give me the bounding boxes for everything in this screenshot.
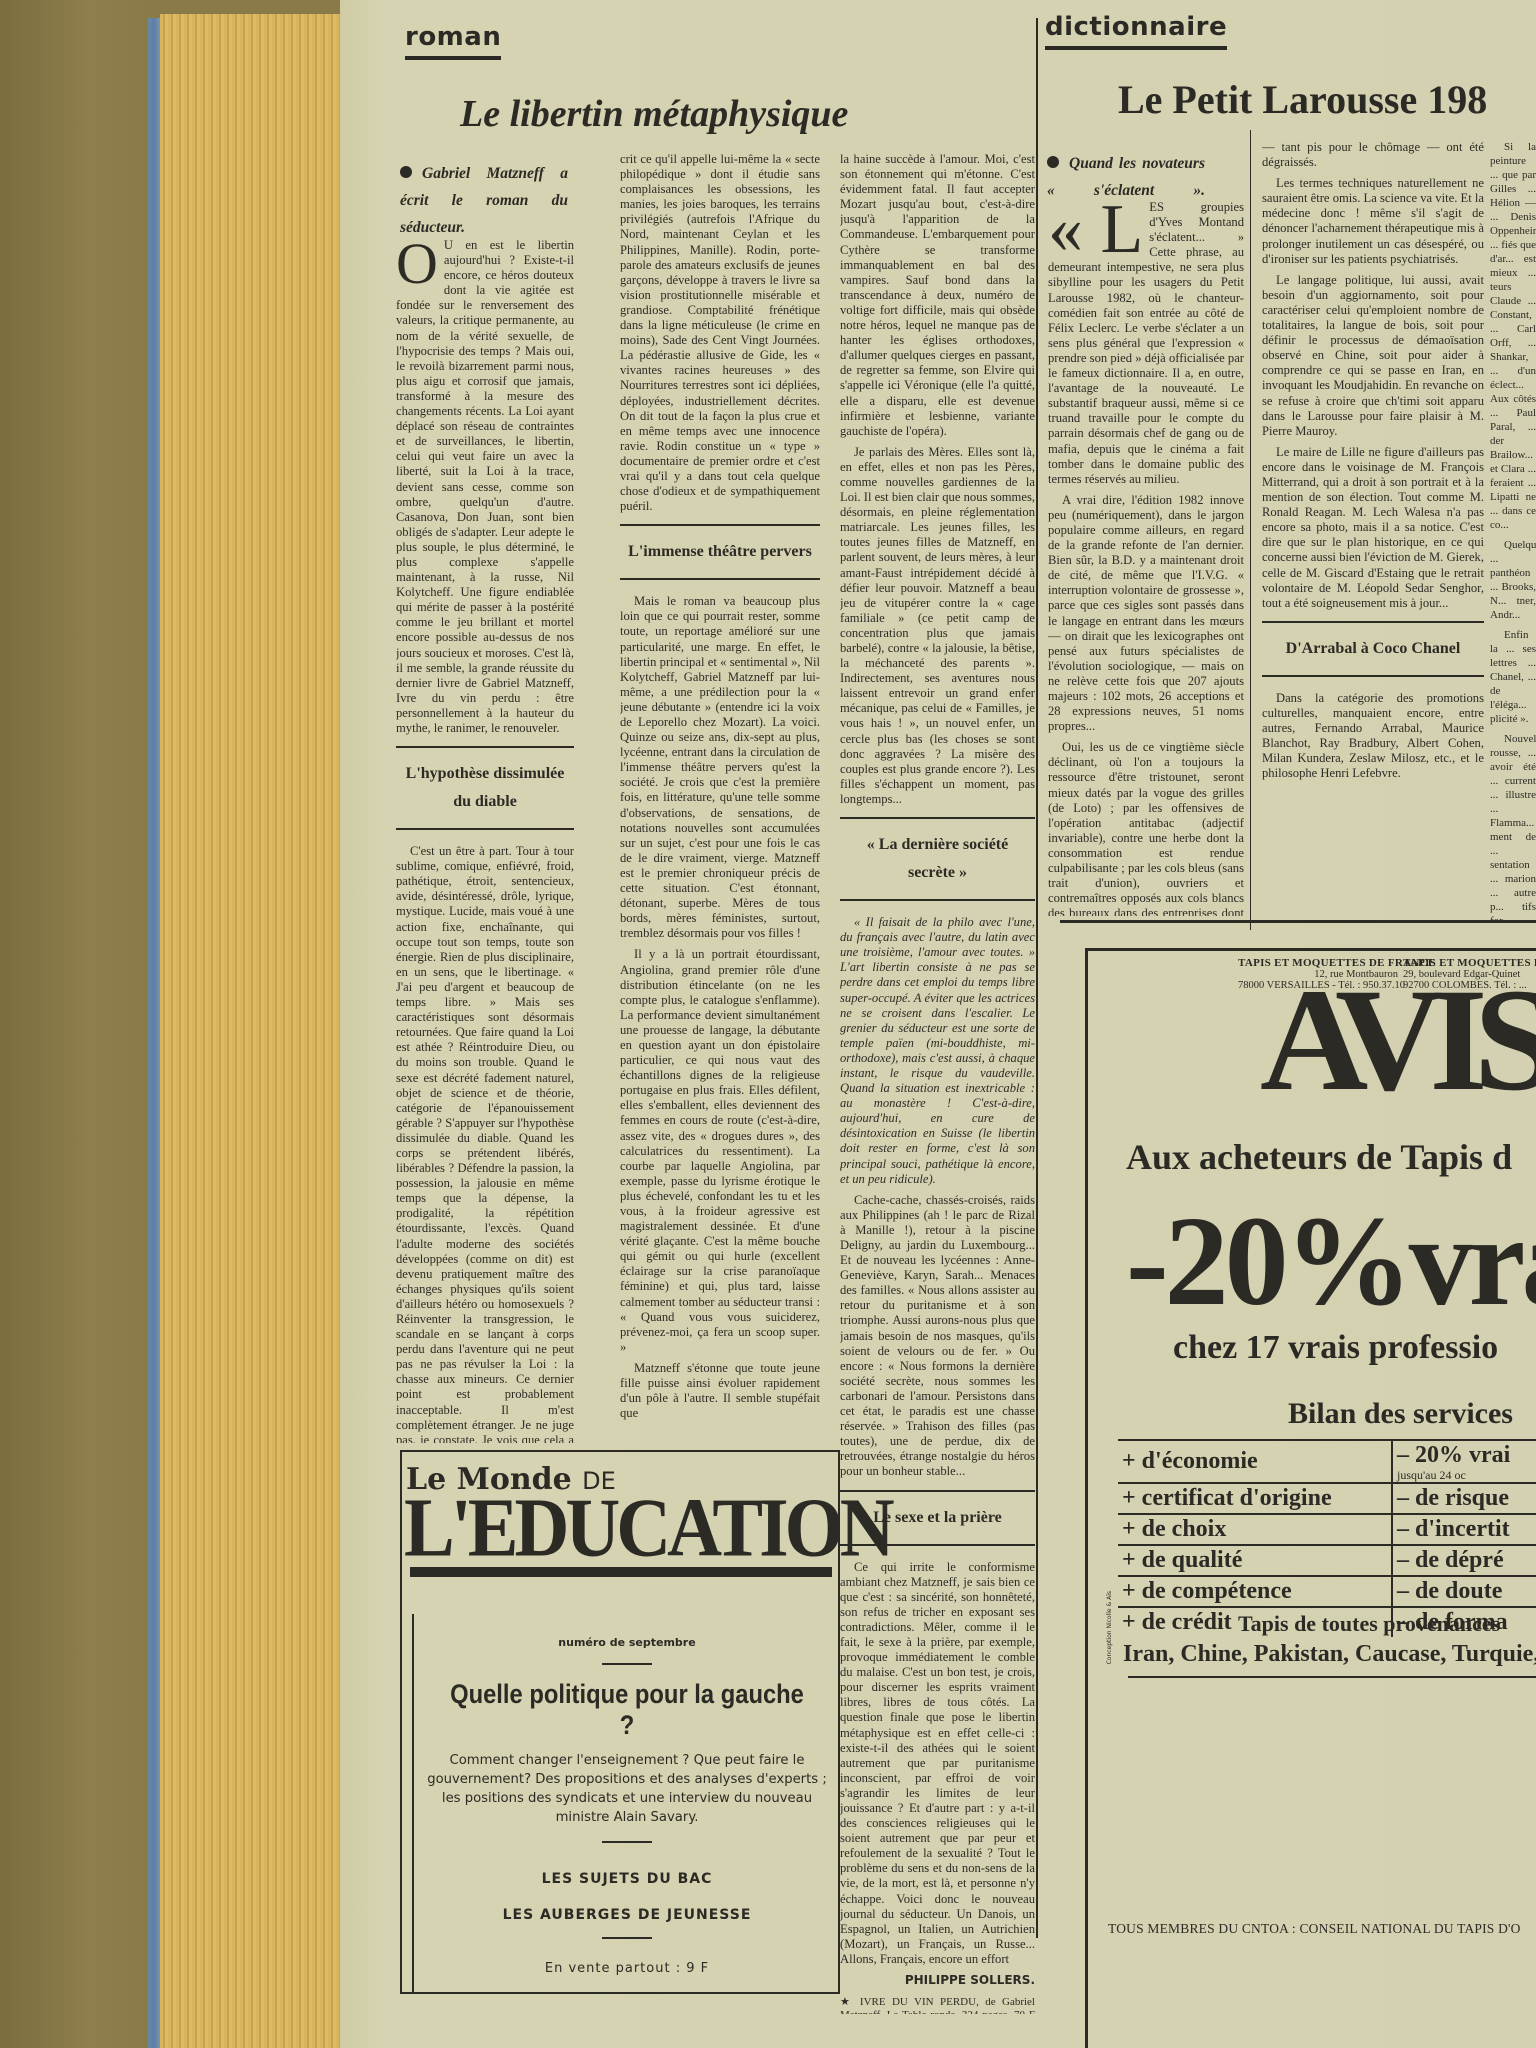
paragraph: U en est le libertin aujourd'hui ? Exist…: [396, 238, 574, 736]
services-table: + d'économie– 20% vraijusqu'au 24 oc+ ce…: [1118, 1439, 1536, 1637]
shop-address-line: 12, rue Montbauron: [1238, 969, 1398, 980]
paragraph: crit ce qu'il appelle lui-même la « sect…: [620, 152, 820, 514]
shop-address-line: 78000 VERSAILLES - Tél. : 950.37.10: [1238, 980, 1398, 991]
service-plus: + de choix: [1118, 1514, 1392, 1545]
divider: [602, 1663, 652, 1665]
section-rule: [1060, 920, 1536, 923]
article-column-3-cropped: Si la peinture ... que par Gilles ... Hé…: [1490, 140, 1536, 920]
paragraph: Matzneff s'étonne que toute jeune fille …: [620, 1361, 820, 1421]
ad-masthead-big: L'EDUCATION: [404, 1493, 838, 1563]
shop-address-line: 92210 SAINT-CLOUD. Tél. : 771.03.02: [1260, 948, 1457, 952]
paragraph: Nouvel... rousse, ... avoir été ... curr…: [1490, 732, 1536, 920]
section-rubric-roman: roman: [405, 22, 501, 60]
lead-text: Quand les novateurs « s'éclatent ».: [1047, 155, 1205, 199]
bullet-icon: [1047, 156, 1059, 168]
service-minus: – 20% vraijusqu'au 24 oc: [1392, 1440, 1536, 1483]
services-row: + de compétence– de doute: [1118, 1576, 1536, 1607]
paragraph: Le langage politique, lui aussi, avait b…: [1262, 273, 1484, 439]
bullet-icon: [400, 166, 412, 178]
discount-headline: -20%vrai: [1126, 1196, 1536, 1326]
article-column-1: « L ES groupies d'Yves Montand s'éclaten…: [1048, 200, 1244, 916]
paragraph: Cache-cache, chassés-croisés, raids aux …: [840, 1193, 1035, 1480]
paragraph: Mais le roman va beaucoup plus loin que …: [620, 594, 820, 941]
paragraph: « Il faisait de la philo avec l'une, du …: [840, 915, 1035, 1187]
subheading: « La dernière société secrète »: [840, 817, 1035, 901]
services-title: Bilan des services: [1288, 1397, 1513, 1431]
author-signature: PHILIPPE SOLLERS.: [840, 1973, 1035, 1988]
article-headline: Le Petit Larousse 198: [1118, 76, 1536, 123]
services-row: + de qualité– de dépré: [1118, 1545, 1536, 1576]
book-binding: [148, 18, 160, 2048]
divider: [1128, 1676, 1536, 1678]
article-column-3: la haine succède à l'amour. Moi, c'est s…: [840, 152, 1035, 2014]
article-column-2: — tant pis pour le chômage — ont été dég…: [1262, 140, 1484, 920]
ad-topic: LES SUJETS DU BAC: [414, 1871, 840, 1887]
section-rubric-dictionnaire: dictionnaire: [1045, 12, 1227, 50]
book-reference: ★ IVRE DU VIN PERDU, de Gabriel Matzneff…: [840, 1996, 1035, 2014]
paragraph: Ce qui irrite le conformisme ambiant che…: [840, 1560, 1035, 1968]
subheading: L'hypothèse dissimulée du diable: [396, 746, 574, 830]
services-row: + d'économie– 20% vraijusqu'au 24 oc: [1118, 1440, 1536, 1483]
shop-address-line: 92700 COLOMBES. Tél. : ...: [1403, 980, 1536, 991]
article-lead: Quand les novateurs « s'éclatent ».: [1047, 150, 1205, 204]
service-note: jusqu'au 24 oc: [1397, 1469, 1536, 1481]
service-minus: – d'incertit: [1392, 1514, 1536, 1545]
paragraph: — tant pis pour le chômage — ont été dég…: [1262, 140, 1484, 170]
divider: [602, 1937, 652, 1939]
subheading: D'Arrabal à Coco Chanel: [1262, 621, 1484, 677]
drop-cap: O: [396, 240, 438, 288]
lead-text: Gabriel Matzneff a écrit le roman du séd…: [400, 165, 568, 236]
provenance-countries: Iran, Chine, Pakistan, Caucase, Turquie,: [1123, 1641, 1536, 1668]
page-edges: [160, 14, 345, 2048]
le-monde-education-ad: Le Monde DE L'EDUCATION numéro de septem…: [400, 1450, 840, 1994]
drop-cap-letter: L: [1101, 200, 1144, 268]
service-plus: + certificat d'origine: [1118, 1483, 1392, 1514]
shop-listing: TAPIS ET MOQUETTES DE FRANCE5, avenue Ca…: [1260, 948, 1457, 952]
issue-label: numéro de septembre: [414, 1636, 840, 1649]
ad-topic: LES AUBERGES DE JEUNESSE: [414, 1907, 840, 1923]
ad-footer: TOUS MEMBRES DU CNTOA : CONSEIL NATIONAL…: [1108, 1921, 1521, 1937]
service-minus: – de dépré: [1392, 1545, 1536, 1576]
table-surface: [0, 0, 150, 2048]
paragraph: A vrai dire, l'édition 1982 innove peu (…: [1048, 493, 1244, 735]
service-plus: + d'économie: [1118, 1440, 1392, 1483]
subheading: L'immense théâtre pervers: [620, 524, 820, 580]
paragraph: Le maire de Lille ne figure d'ailleurs p…: [1262, 445, 1484, 611]
paragraph: Il y a là un portrait étourdissant, Angi…: [620, 947, 820, 1355]
service-minus: – de doute: [1392, 1576, 1536, 1607]
divider: [602, 1841, 652, 1843]
shop-listing: TAPIS ET MOQUETTES D29, boulevard Edgar-…: [1403, 958, 1536, 991]
paragraph: Enfin la ... ses lettres ... Chanel, ...…: [1490, 628, 1536, 726]
service-minus: – de risque: [1392, 1483, 1536, 1514]
article-column-1: O U en est le libertin aujourd'hui ? Exi…: [396, 238, 574, 1443]
column-divider: [1250, 130, 1251, 930]
shop-address-line: 29, boulevard Edgar-Quinet: [1403, 969, 1536, 980]
column-divider: [1036, 18, 1038, 1938]
shop-listing: TAPIS ET MOQUETTES DE FRANCE12, rue Mont…: [1238, 958, 1398, 991]
paragraph: Si la peinture ... que par Gilles ... Hé…: [1490, 140, 1536, 532]
paragraph: Les termes techniques naturellement ne s…: [1262, 176, 1484, 267]
ad-title: AVIS: [1260, 976, 1536, 1103]
provenance-line: Tapis de toutes provenances: [1238, 1611, 1500, 1637]
paragraph: Je parlais des Mères. Elles sont là, en …: [840, 445, 1035, 807]
paragraph: la haine succède à l'amour. Moi, c'est s…: [840, 152, 1035, 439]
shop-name: TAPIS ET MOQUETTES DE FRANCE: [1238, 958, 1398, 969]
paragraph: Dans la catégorie des promotions culture…: [1262, 691, 1484, 782]
shop-name: TAPIS ET MOQUETTES D: [1403, 958, 1536, 969]
ad-credit: Conception Nicolle & Aïs: [1106, 1591, 1113, 1664]
ad-subtitle-2: chez 17 vrais professio: [1173, 1329, 1498, 1367]
drop-cap: « L: [1048, 202, 1143, 258]
carpet-sale-ad: AVIS Aux acheteurs de Tapis d -20%vrai c…: [1085, 948, 1536, 2048]
ad-subtitle: Aux acheteurs de Tapis d: [1126, 1136, 1512, 1178]
service-plus: + de qualité: [1118, 1545, 1392, 1576]
paragraph: Quelques ... panthéon ... Brooks, N... t…: [1490, 538, 1536, 622]
article-column-2: crit ce qu'il appelle lui-même la « sect…: [620, 152, 820, 1444]
ad-headline: Quelle politique pour la gauche ?: [440, 1679, 815, 1741]
services-row: + certificat d'origine– de risque: [1118, 1483, 1536, 1514]
services-row: + de choix– d'incertit: [1118, 1514, 1536, 1545]
article-lead: Gabriel Matzneff a écrit le roman du séd…: [400, 160, 568, 241]
ad-price: En vente partout : 9 F: [414, 1961, 840, 1976]
paragraph: C'est un être à part. Tour à tour sublim…: [396, 844, 574, 1443]
paragraph: Oui, les us de ce vingtième siècle décli…: [1048, 740, 1244, 916]
article-headline: Le libertin métaphysique: [460, 92, 848, 136]
ad-body-box: numéro de septembre Quelle politique pou…: [412, 1614, 840, 1994]
ad-description: Comment changer l'enseignement ? Que peu…: [414, 1751, 840, 1827]
service-plus: + de compétence: [1118, 1576, 1392, 1607]
